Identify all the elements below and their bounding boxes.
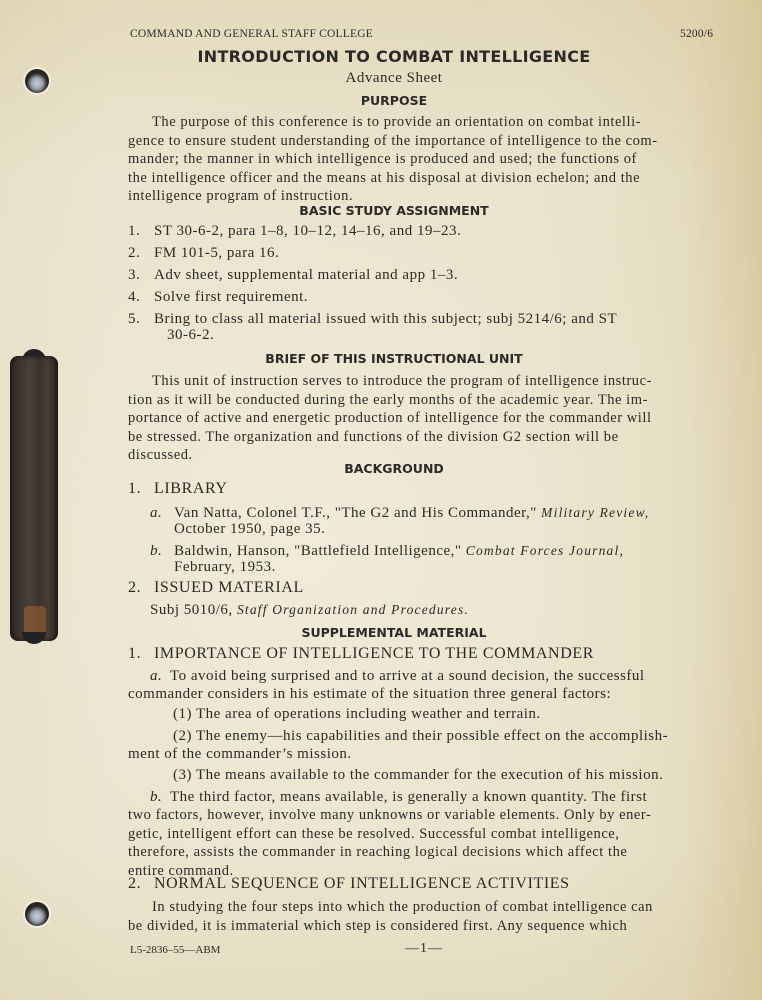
text-line: getic, intelligent effort can these be r… (128, 825, 728, 844)
journal-title: Military Review, (541, 505, 649, 520)
item-number: 4. (128, 289, 154, 306)
item-text: Solve first requirement. (154, 289, 308, 305)
item-text: FM 101-5, para 16. (154, 245, 279, 261)
item-number: 1. (128, 223, 154, 240)
text-line: be divided, it is immaterial which step … (128, 917, 728, 936)
para-a-line1: a.To avoid being surprised and to arrive… (150, 668, 645, 685)
supplemental-section1-heading: 1.IMPORTANCE OF INTELLIGENCE TO THE COMM… (128, 645, 594, 663)
supplemental-section2-heading: 2.NORMAL SEQUENCE OF INTELLIGENCE ACTIVI… (128, 875, 570, 893)
item-number: 2. (128, 245, 154, 262)
institution-header: COMMAND AND GENERAL STAFF COLLEGE (130, 28, 373, 40)
item-letter: b. (150, 789, 170, 806)
factor-2: (2) The enemy—his capabilities and their… (173, 728, 668, 745)
subject-title: Staff Organization and Procedures. (237, 602, 469, 617)
para-a-line2: commander considers in his estimate of t… (128, 686, 611, 703)
factor-1: (1) The area of operations including wea… (173, 706, 541, 723)
library-item-b: b.Baldwin, Hanson, "Battlefield Intellig… (150, 541, 624, 561)
background-library-heading: 1.LIBRARY (128, 480, 228, 498)
item-number: 5. (128, 311, 154, 328)
page-number: —1— (405, 941, 443, 957)
subject-ref: Subj 5010/6, (150, 602, 237, 618)
citation-text: Baldwin, Hanson, "Battlefield Intelligen… (174, 543, 466, 559)
library-item-b-continuation: February, 1953. (174, 559, 276, 576)
text-line: be stressed. The organization and functi… (128, 428, 728, 447)
section-heading-background: BACKGROUND (0, 461, 762, 476)
text-line: portance of active and energetic product… (128, 409, 728, 428)
text-line: In studying the four steps into which th… (128, 898, 728, 917)
item-title: ISSUED MATERIAL (154, 579, 304, 596)
footer-print-code: L5-2836–55—ABM (130, 944, 220, 956)
issued-material-text: Subj 5010/6, Staff Organization and Proc… (150, 602, 469, 619)
item-text: Adv sheet, supplemental material and app… (154, 267, 458, 283)
study-item-continuation: 30-6-2. (167, 327, 214, 344)
document-title: INTRODUCTION TO COMBAT INTELLIGENCE (0, 47, 762, 66)
factor-3: (3) The means available to the commander… (173, 767, 663, 784)
study-item: 5.Bring to class all material issued wit… (128, 311, 617, 328)
item-letter: a. (150, 504, 174, 523)
purpose-paragraph: The purpose of this conference is to pro… (128, 113, 728, 206)
factor-2-continuation: ment of the commander’s mission. (128, 746, 352, 763)
item-number: 2. (128, 579, 154, 597)
text-line: gence to ensure student understanding of… (128, 132, 728, 151)
document-page: COMMAND AND GENERAL STAFF COLLEGE 5200/6… (0, 0, 762, 1000)
text-line: To avoid being surprised and to arrive a… (170, 668, 645, 684)
item-number: 1. (128, 480, 154, 498)
section-heading-supplemental: SUPPLEMENTAL MATERIAL (0, 625, 762, 640)
text-line: The third factor, means available, is ge… (170, 789, 647, 805)
citation-text: Van Natta, Colonel T.F., "The G2 and His… (174, 505, 541, 521)
brief-paragraph: This unit of instruction serves to intro… (128, 372, 728, 465)
section2-paragraph: In studying the four steps into which th… (128, 898, 728, 935)
item-number: 1. (128, 645, 154, 663)
item-title: IMPORTANCE OF INTELLIGENCE TO THE COMMAN… (154, 645, 594, 662)
section-heading-purpose: PURPOSE (0, 93, 762, 108)
text-line: The purpose of this conference is to pro… (128, 113, 728, 132)
study-item: 2.FM 101-5, para 16. (128, 245, 279, 262)
journal-title: Combat Forces Journal, (466, 543, 624, 558)
text-line: mander; the manner in which intelligence… (128, 150, 728, 169)
item-number: 3. (128, 267, 154, 284)
background-issued-heading: 2.ISSUED MATERIAL (128, 579, 304, 597)
library-item-a: a.Van Natta, Colonel T.F., "The G2 and H… (150, 503, 649, 523)
text-line: the intelligence officer and the means a… (128, 169, 728, 188)
study-item: 1.ST 30-6-2, para 1–8, 10–12, 14–16, and… (128, 223, 461, 240)
text-line: two factors, however, involve many unkno… (128, 806, 728, 825)
item-text: ST 30-6-2, para 1–8, 10–12, 14–16, and 1… (154, 223, 461, 239)
item-title: LIBRARY (154, 480, 228, 497)
library-item-a-continuation: October 1950, page 35. (174, 521, 325, 538)
item-text: Bring to class all material issued with … (154, 311, 617, 327)
section-heading-brief: BRIEF OF THIS INSTRUCTIONAL UNIT (0, 351, 762, 366)
study-item: 3.Adv sheet, supplemental material and a… (128, 267, 458, 284)
item-number: 2. (128, 875, 154, 893)
study-item: 4.Solve first requirement. (128, 289, 308, 306)
section-heading-basic-study: BASIC STUDY ASSIGNMENT (0, 203, 762, 218)
document-number: 5200/6 (680, 28, 713, 40)
text-line: tion as it will be conducted during the … (128, 391, 728, 410)
item-title: NORMAL SEQUENCE OF INTELLIGENCE ACTIVITI… (154, 875, 570, 892)
text-line: This unit of instruction serves to intro… (128, 372, 728, 391)
document-subtitle: Advance Sheet (0, 70, 762, 87)
text-line: therefore, assists the commander in reac… (128, 843, 728, 862)
para-b-line1: b.The third factor, means available, is … (150, 789, 647, 806)
item-letter: b. (150, 542, 174, 561)
item-letter: a. (150, 668, 170, 685)
para-b-body: two factors, however, involve many unkno… (128, 806, 728, 880)
